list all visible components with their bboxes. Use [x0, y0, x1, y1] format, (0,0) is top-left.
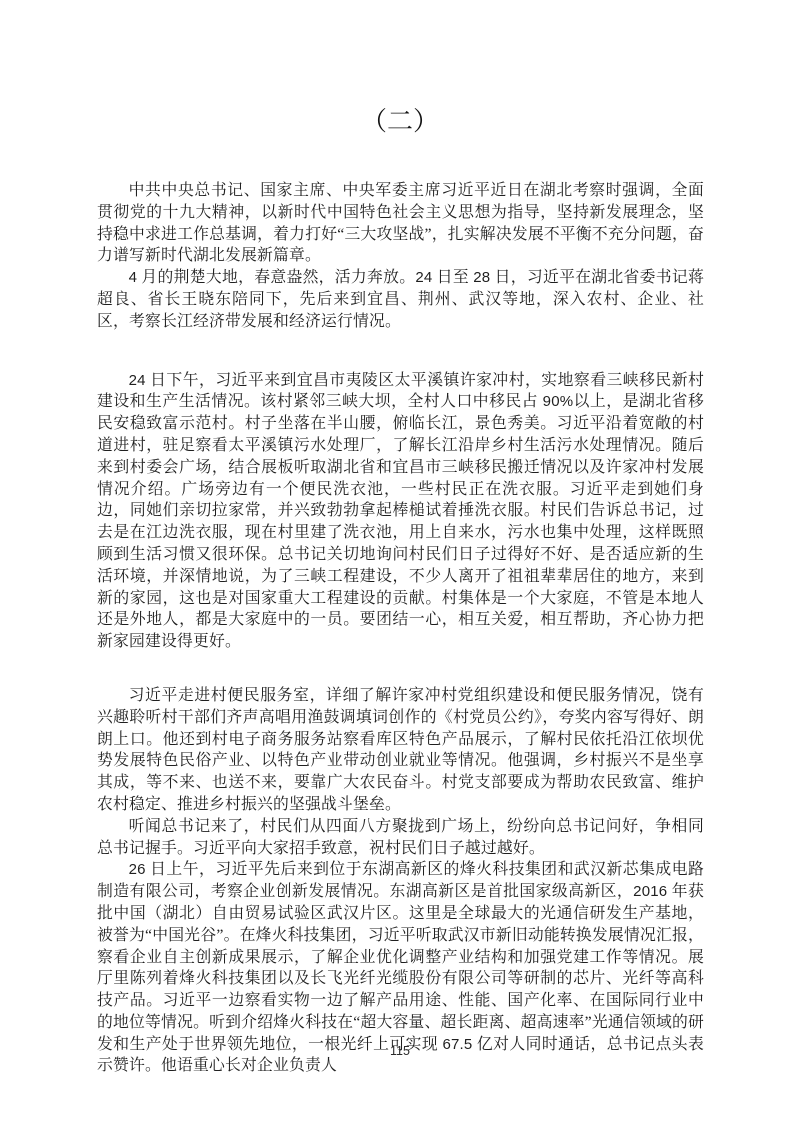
document-page: （二） 中共中央总书记、国家主席、中央军委主席习近平近日在湖北考察时强调，全面贯… [0, 0, 800, 1133]
paragraph-village-visit: 24 日下午，习近平来到宜昌市夷陵区太平溪镇许家冲村，实地察看三峡移民新村建设和… [97, 370, 704, 653]
paragraph-summary: 中共中央总书记、国家主席、中央军委主席习近平近日在湖北考察时强调，全面贯彻党的十… [97, 180, 704, 267]
paragraph-itinerary: 4 月的荆楚大地，春意盎然，活力奔放。24 日至 28 日，习近平在湖北省委书记… [97, 267, 704, 332]
section-title: （二） [0, 104, 800, 140]
paragraph-service-room: 习近平走进村便民服务室，详细了解许家冲村党组织建设和便民服务情况，饶有兴趣聆听村… [97, 685, 704, 816]
page-number: 115 [0, 1044, 800, 1058]
paragraph-villagers-greeting: 听闻总书记来了，村民们从四面八方聚拢到广场上，纷纷向总书记问好，争相同总书记握手… [97, 816, 704, 860]
document-body: 中共中央总书记、国家主席、中央军委主席习近平近日在湖北考察时强调，全面贯彻党的十… [97, 180, 704, 1077]
